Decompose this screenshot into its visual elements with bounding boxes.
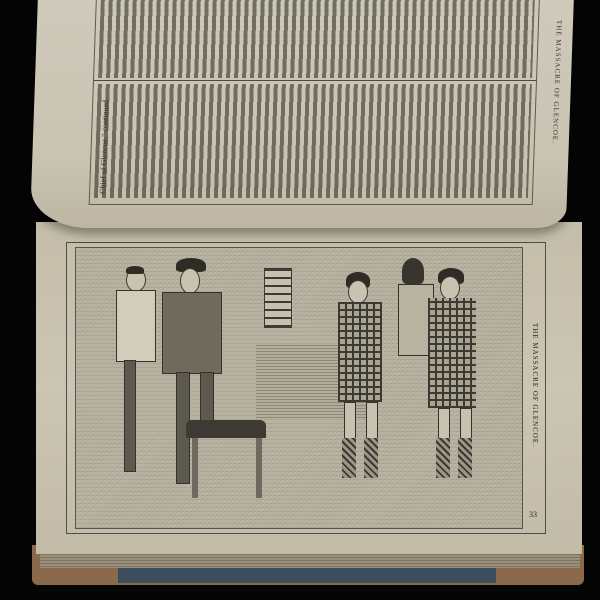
engraving	[75, 247, 523, 529]
page-edges	[40, 552, 580, 568]
text-page: Chief of Glencoe," continued THE MASSACR…	[30, 0, 574, 228]
stool-leg	[192, 438, 198, 498]
cushioned-stool	[186, 420, 266, 438]
text-columns-lower	[94, 84, 532, 198]
lattice-window	[264, 268, 292, 328]
page-number: 33	[529, 510, 537, 519]
stool-leg	[256, 438, 262, 498]
photo-scene: No. 5.—GLENCOE.	[0, 0, 600, 600]
text-frame: Chief of Glencoe," continued	[89, 0, 541, 205]
illustration-page: No. 5.—GLENCOE.	[36, 222, 582, 554]
column-rule	[94, 80, 536, 81]
text-columns-upper	[98, 0, 535, 78]
plate-title: THE MASSACRE OF GLENCOE.	[531, 323, 539, 447]
running-head: THE MASSACRE OF GLENCOE.	[551, 20, 563, 144]
illustration-frame: No. 5.—GLENCOE.	[66, 242, 546, 534]
